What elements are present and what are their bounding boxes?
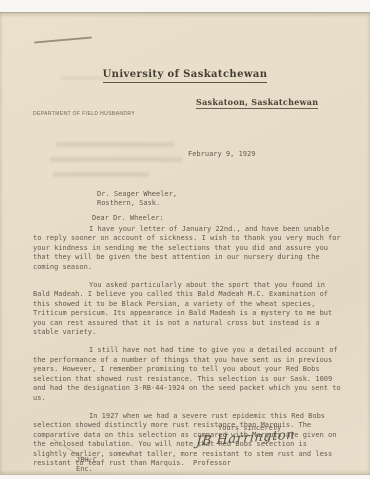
pen-scratch-mark <box>34 36 92 43</box>
salutation: Dear Dr. Wheeler: <box>92 214 164 222</box>
letter-body: I have your letter of January 22nd., and… <box>33 225 341 477</box>
paragraph-3: I still have not had time to give you a … <box>33 346 341 402</box>
recipient-name: Dr. Seager Wheeler, <box>97 190 177 199</box>
typist-reference: JBH:C <box>76 456 97 465</box>
paragraph-2: You asked particularly about the sport t… <box>33 281 341 337</box>
letterhead-department: DEPARTMENT OF FIELD HUSBANDRY <box>33 111 135 117</box>
paragraph-1: I have your letter of January 22nd., and… <box>33 225 341 272</box>
letter-scan: University of Saskatchewan Saskatoon, Sa… <box>0 0 370 479</box>
bleed-through-mark <box>50 157 182 162</box>
signer-title: Professor <box>193 459 231 467</box>
recipient-address: Rosthern, Sask. <box>97 199 177 208</box>
enclosure-note: Enc. <box>76 465 97 474</box>
bleed-through-mark <box>56 142 174 147</box>
reference-block: JBH:C Enc. <box>76 456 97 473</box>
letterhead-university-text: University of Saskatchewan <box>103 69 268 83</box>
recipient-address-block: Dr. Seager Wheeler, Rosthern, Sask. <box>97 190 177 208</box>
letterhead-university-name: University of Saskatchewan <box>0 64 370 83</box>
letter-paper: University of Saskatchewan Saskatoon, Sa… <box>0 12 370 475</box>
letterhead-location: Saskatoon, Saskatchewan <box>196 97 318 109</box>
letter-date: February 9, 1929 <box>188 150 255 158</box>
bleed-through-mark <box>53 172 149 177</box>
